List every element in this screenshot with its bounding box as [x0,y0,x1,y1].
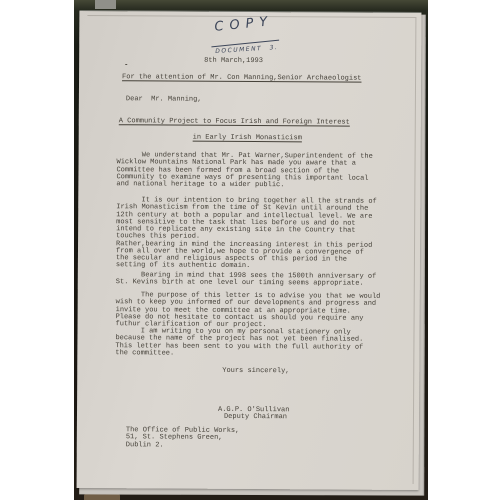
paragraph-5: I am writing to you on my personal stati… [115,328,363,359]
photo-of-letter: COPY DOCUMENT 3. 8th March,1993 - For th… [74,0,428,500]
letter-sheet: COPY DOCUMENT 3. 8th March,1993 - For th… [77,11,422,490]
clip-object [95,0,116,9]
signatory-title: Deputy Chairman [224,414,287,422]
paragraph-3: Bearing in mind that 1998 sees the 1500t… [116,272,377,288]
closing-line: Yours sincerely, [222,368,289,376]
date-line: 8th March,1993 [204,58,263,66]
paragraph-2: It is our intention to bring together al… [116,197,377,271]
sender-address: The Office of Public Works, 51, St. Step… [126,427,240,449]
scanned-letter-page: COPY DOCUMENT 3. 8th March,1993 - For th… [0,0,500,500]
attention-line: For the attention of Mr. Con Manning,Sen… [122,74,361,83]
paragraph-1: We understand that Mr. Pat Warner,Superi… [116,152,372,190]
subject-line-1: A Community Project to Focus Irish and F… [119,118,350,127]
salutation: Dear Mr. Manning, [126,96,202,104]
paragraph-4: The purpose of this letter is to advise … [116,292,381,330]
dash-mark: - [124,62,128,69]
subject-line-2: in Early Irish Monasticism [193,135,302,143]
